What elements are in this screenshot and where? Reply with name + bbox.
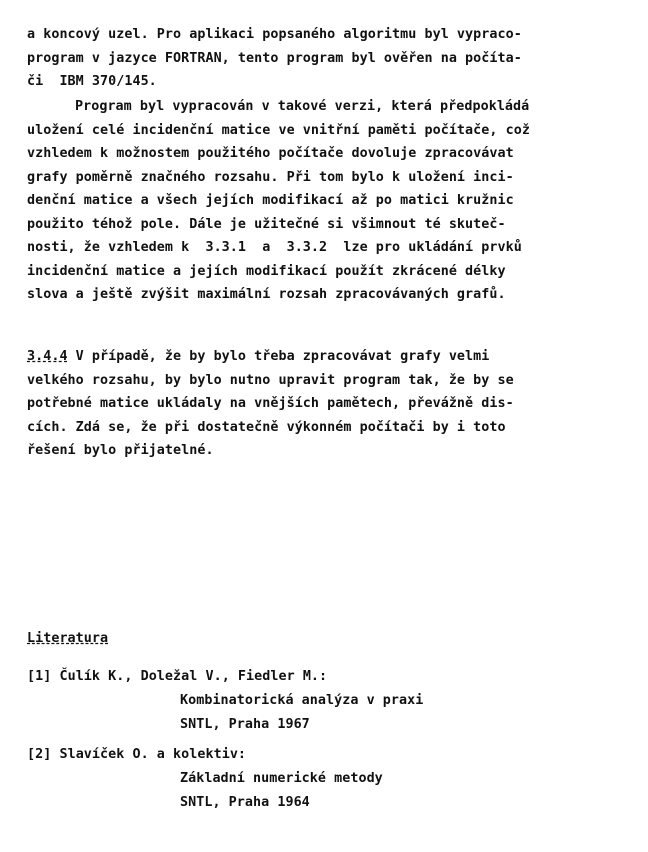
text-line: vzhledem k možnostem použitého počítače …: [27, 142, 514, 165]
reference-authors: Slavíček O. a kolektiv:: [59, 747, 246, 762]
reference-label: [1]: [27, 669, 51, 684]
reference-title: Základní numerické metody: [180, 767, 383, 790]
text-line: uložení celé incidenční matice ve vnitřn…: [27, 119, 530, 142]
text-line: použito téhož pole. Dále je užitečné si …: [27, 213, 506, 236]
text-span: V případě, že by bylo třeba zpracovávat …: [68, 349, 490, 364]
text-line: program v jazyce FORTRAN, tento program …: [27, 47, 522, 70]
reference-publisher: SNTL, Praha 1964: [180, 791, 310, 814]
text-line: velkého rozsahu, by bylo nutno upravit p…: [27, 369, 514, 392]
text-line: grafy poměrně značného rozsahu. Při tom …: [27, 166, 514, 189]
reference-2: [2] Slavíček O. a kolektiv:: [27, 743, 246, 766]
text-line: potřebné matice ukládaly na vnějších pam…: [27, 392, 514, 415]
text-line: Program byl vypracován v takové verzi, k…: [75, 95, 529, 118]
section-number: 3.4.4: [27, 349, 68, 364]
reference-authors: Čulík K., Doležal V., Fiedler M.:: [59, 669, 327, 684]
reference-label: [2]: [27, 747, 51, 762]
literature-heading: Literatura: [27, 627, 108, 650]
reference-publisher: SNTL, Praha 1967: [180, 713, 310, 736]
text-line: slova a ještě zvýšit maximální rozsah zp…: [27, 283, 506, 306]
text-line: a koncový uzel. Pro aplikaci popsaného a…: [27, 23, 522, 46]
text-line: incidenční matice a jejích modifikací po…: [27, 260, 506, 283]
reference-1: [1] Čulík K., Doležal V., Fiedler M.:: [27, 665, 327, 688]
section-first-line: 3.4.4 V případě, že by bylo třeba zpraco…: [27, 345, 489, 368]
text-line: nosti, že vzhledem k 3.3.1 a 3.3.2 lze p…: [27, 236, 522, 259]
text-line: cích. Zdá se, že při dostatečně výkonném…: [27, 416, 506, 439]
reference-title: Kombinatorická analýza v praxi: [180, 689, 423, 712]
text-line: řešení bylo přijatelné.: [27, 439, 214, 462]
text-line: či IBM 370/145.: [27, 70, 157, 93]
text-line: denční matice a všech jejích modifikací …: [27, 189, 514, 212]
